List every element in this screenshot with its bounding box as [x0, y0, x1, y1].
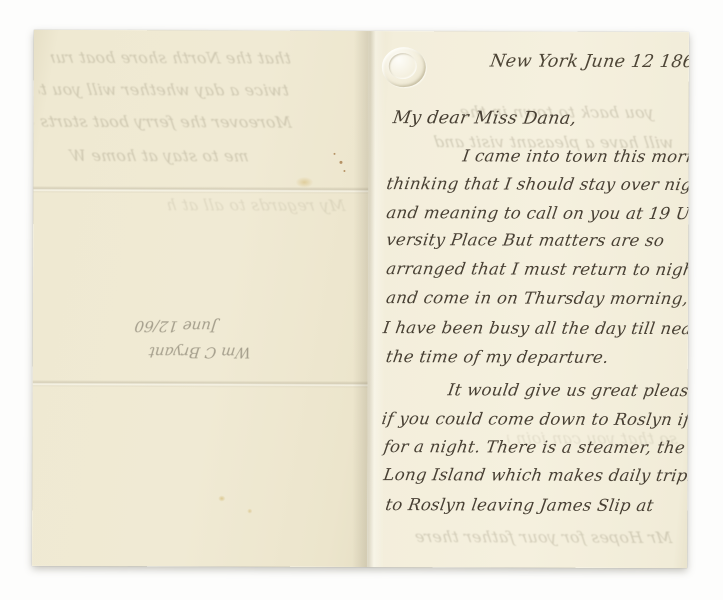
letter-line: I came into town this morning	[461, 148, 688, 165]
letter-line: for a night. There is a steamer, the	[382, 439, 686, 457]
fold-crease-upper	[33, 186, 368, 194]
embossed-seal-icon	[382, 47, 426, 87]
letter-line: and come in on Thursday morning, and	[385, 290, 689, 308]
bleedthrough-line: twice a day whether will you take up the…	[38, 83, 290, 99]
letter-page-recto: you back to town in the morning How will…	[367, 31, 689, 568]
docket-name: Wm C Bryant	[94, 339, 252, 365]
ink-speck	[334, 153, 336, 155]
letter-line: arranged that I must return to night	[385, 261, 689, 279]
letter-line: Long Island which makes daily trips	[382, 467, 689, 485]
ink-speck	[339, 161, 342, 164]
letter-line: and meaning to call on you at 19 Uni-	[385, 205, 689, 223]
letter-line: versity Place But matters are so	[385, 232, 665, 249]
letter-page-verso: that the North shore boat runs close and…	[32, 30, 369, 567]
bleedthrough-line: me to stay at home W C Bryant	[67, 149, 249, 165]
letter-line: thinking that I should stay over night	[385, 176, 689, 194]
letter-salutation: My dear Miss Dana,	[392, 110, 578, 128]
letter-dateline: New York June 12 1860	[489, 53, 689, 71]
fold-crease-lower	[33, 380, 368, 388]
letter-line: if you could come down to Roslyn if only	[381, 411, 689, 429]
paper-stain	[247, 509, 252, 514]
letter-line: I have been busy all the day till near	[382, 320, 689, 338]
bleedthrough-line: that the North shore boat runs close and	[50, 51, 292, 67]
embossed-seal-ring	[389, 53, 417, 79]
paper-stain	[218, 496, 225, 502]
letter-line: the time of my departure.	[385, 349, 610, 366]
bleedthrough-line: Moreover the ferry boat starts early	[33, 115, 293, 131]
bleedthrough-line: My regards to all at home	[164, 198, 346, 214]
letter-line: to Roslyn leaving James Slip at	[384, 497, 654, 514]
docket-note: Wm C Bryant June 12/60	[96, 313, 251, 365]
ink-speck	[343, 170, 345, 172]
docket-date: June 12/60	[95, 313, 253, 339]
letter-sheet: that the North shore boat runs close and…	[32, 30, 689, 568]
letter-line: It would give us great pleasure	[447, 382, 689, 399]
letter-scan: that the North shore boat runs close and…	[0, 0, 723, 600]
bleedthrough-line: Mr Hopes for your father there	[391, 530, 673, 546]
